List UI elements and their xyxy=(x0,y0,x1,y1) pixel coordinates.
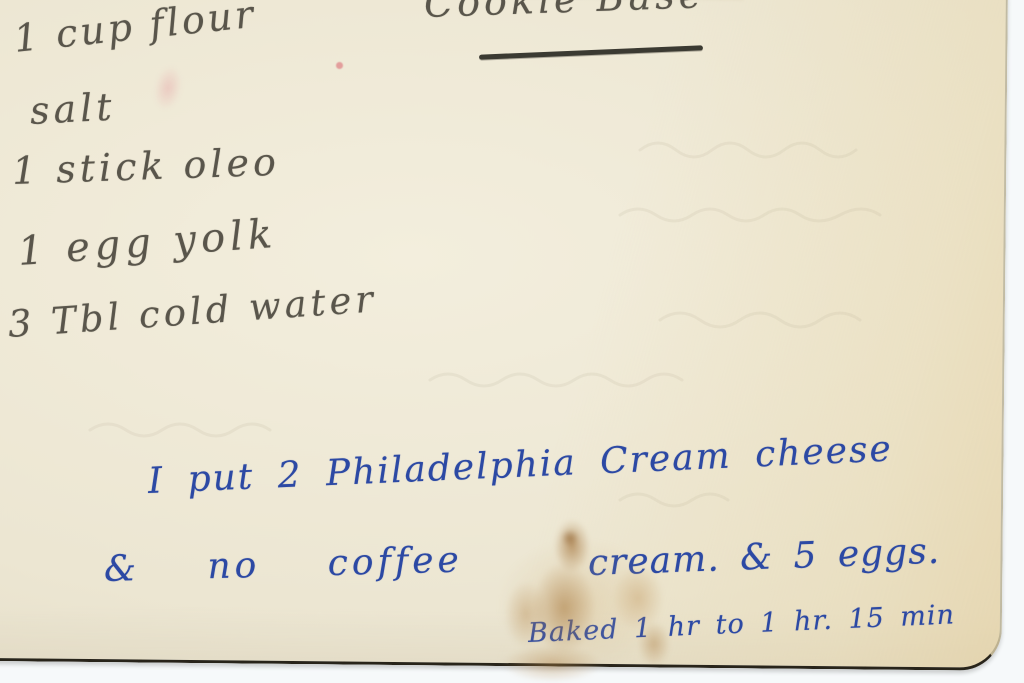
coffee-stain xyxy=(468,512,704,683)
ingredient-line: 1 stick oleo xyxy=(11,143,280,190)
pink-fleck xyxy=(336,62,343,69)
ingredient-line: salt xyxy=(29,88,116,130)
scanned-recipe-card-photo: Cookie Base 1 cup flour salt 1 stick ole… xyxy=(0,0,1024,683)
ink-note-line: & no coffee xyxy=(104,543,464,588)
